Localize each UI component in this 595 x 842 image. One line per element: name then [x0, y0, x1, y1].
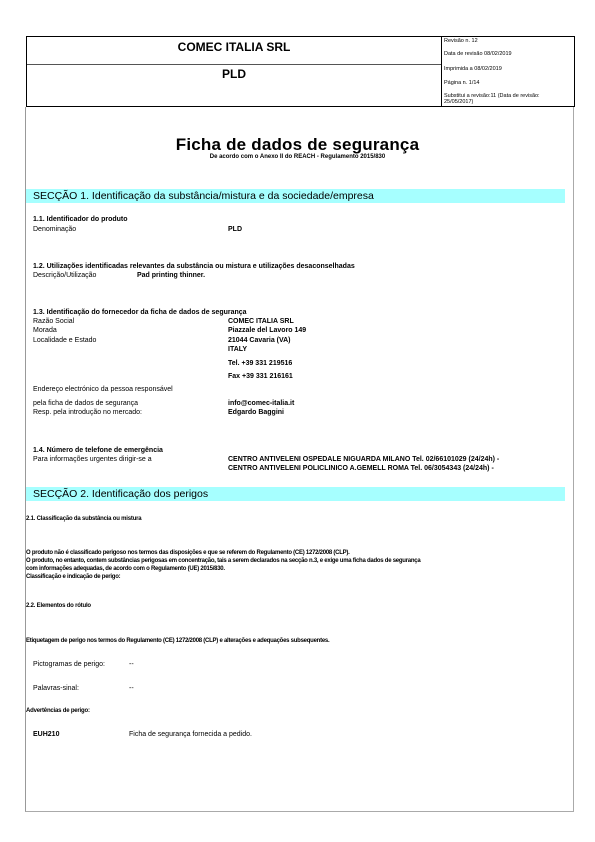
- section-2-2-title: 2.2. Elementos do rótulo: [26, 602, 91, 610]
- emergency-label: Para informações urgentes dirigir-se a: [33, 456, 152, 464]
- hazard-statements-heading: Advertências de perigo:: [26, 707, 90, 715]
- document-header: COMEC ITALIA SRL PLD Revisão n. 12 Data …: [26, 36, 575, 107]
- company-value: COMEC ITALIA SRL: [228, 318, 294, 326]
- section-1-heading: SECÇÃO 1. Identificação da substância/mi…: [26, 189, 565, 203]
- product-identifier-value: PLD: [228, 226, 242, 234]
- document-title: Ficha de dados de segurança: [0, 135, 595, 155]
- email-label: pela ficha de dados de segurança: [33, 400, 138, 408]
- use-label: Descrição/Utilização: [33, 272, 96, 280]
- classification-text-4: Classificação e indicação de perigo:: [26, 574, 120, 582]
- hazard-code: EUH210: [33, 731, 59, 739]
- responsible-label: Resp. pela introdução no mercado:: [33, 409, 142, 417]
- section-1-3-title: 1.3. Identificação do fornecedor da fich…: [33, 309, 247, 317]
- hazard-text: Ficha de segurança fornecida a pedido.: [129, 731, 252, 739]
- printed-date: Imprimida a 08/02/2019: [444, 66, 502, 73]
- address-value: Piazzale del Lavoro 149: [228, 327, 306, 335]
- signal-word-label: Palavras-sinal:: [33, 685, 79, 693]
- classification-text-1: O produto não é classificado perigoso no…: [26, 550, 350, 558]
- replaces-revision-date: 25/05/2017): [444, 99, 473, 106]
- header-divider-horizontal: [27, 64, 441, 65]
- classification-text-3: com informações adequadas, de acordo com…: [26, 566, 225, 574]
- email-heading: Endereço electrónico da pessoa responsáv…: [33, 386, 173, 394]
- section-1-1-title: 1.1. Identificador do produto: [33, 216, 128, 224]
- revision-date: Data de revisão 08/02/2019: [444, 51, 512, 58]
- revision-number: Revisão n. 12: [444, 38, 478, 45]
- section-1-4-title: 1.4. Número de telefone de emergência: [33, 447, 163, 455]
- section-1-2-title: 1.2. Utilizações identificadas relevante…: [33, 263, 355, 271]
- pictograms-value: --: [129, 661, 134, 669]
- classification-text-2: O produto, no entanto, contem substância…: [26, 558, 420, 566]
- product-name: PLD: [27, 67, 441, 81]
- fax: Fax +39 331 216161: [228, 373, 293, 381]
- email-value[interactable]: info@comec-italia.it: [228, 400, 294, 408]
- company-name: COMEC ITALIA SRL: [27, 40, 441, 54]
- pictograms-label: Pictogramas de perigo:: [33, 661, 105, 669]
- product-identifier-label: Denominação: [33, 226, 76, 234]
- responsible-value: Edgardo Baggini: [228, 409, 284, 417]
- section-2-1-title: 2.1. Classificação da substância ou mist…: [26, 515, 141, 523]
- signal-word-value: --: [129, 685, 134, 693]
- labeling-text: Etiquetagem de perigo nos termos do Regu…: [26, 638, 329, 646]
- company-label: Razão Social: [33, 318, 74, 326]
- use-value: Pad printing thinner.: [137, 272, 205, 280]
- header-divider-vertical: [441, 37, 442, 106]
- emergency-line-1: CENTRO ANTIVELENI OSPEDALE NIGUARDA MILA…: [228, 456, 499, 464]
- section-2-heading: SECÇÃO 2. Identificação dos perigos: [26, 487, 565, 501]
- page-number: Página n. 1/14: [444, 80, 479, 87]
- country-value: ITALY: [228, 346, 247, 354]
- locality-label: Localidade e Estado: [33, 337, 96, 345]
- emergency-line-2: CENTRO ANTIVELENI POLICLINICO A.GEMELL R…: [228, 465, 494, 473]
- locality-value: 21044 Cavaria (VA): [228, 337, 291, 345]
- telephone: Tel. +39 331 219516: [228, 360, 292, 368]
- document-subtitle: De acordo com o Anexo II do REACH - Regu…: [0, 154, 595, 160]
- address-label: Morada: [33, 327, 57, 335]
